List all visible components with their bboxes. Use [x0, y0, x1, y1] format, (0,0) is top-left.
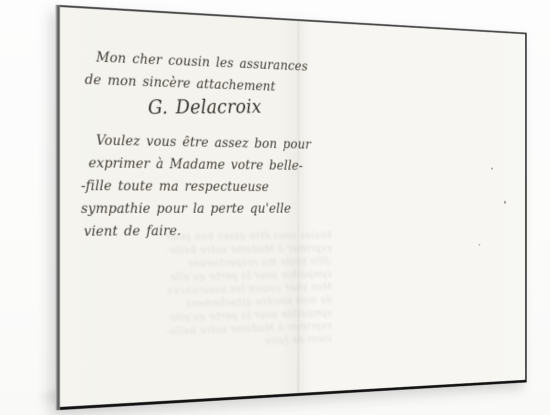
closing-line-2: de mon sincère attachement: [85, 71, 276, 96]
postscript-line-4: sympathie pour la perte qu'elle: [81, 200, 291, 218]
signature: G. Delacroix: [148, 94, 262, 120]
mounted-letter: Mon cher cousin les assurances de mon si…: [55, 5, 526, 411]
postscript-line-3: -fille toute ma respectueuse: [81, 177, 269, 196]
letter-photograph: Mon cher cousin les assurances de mon si…: [0, 0, 550, 415]
closing-line-1: Mon cher cousin les assurances: [96, 49, 308, 76]
verso-bleed-through: Voulez vous être assez bon pour exprimer…: [68, 229, 332, 357]
ink-speck: [479, 244, 480, 246]
postscript-line-2: exprimer à Madame votre belle-: [89, 154, 303, 174]
letter-text: Mon cher cousin les assurances de mon si…: [81, 8, 360, 24]
letter-sheet: Mon cher cousin les assurances de mon si…: [60, 5, 527, 410]
ink-speck: [491, 168, 492, 170]
postscript-line-1: Voulez vous être assez bon pour: [96, 132, 311, 154]
ink-speck: [504, 201, 505, 204]
